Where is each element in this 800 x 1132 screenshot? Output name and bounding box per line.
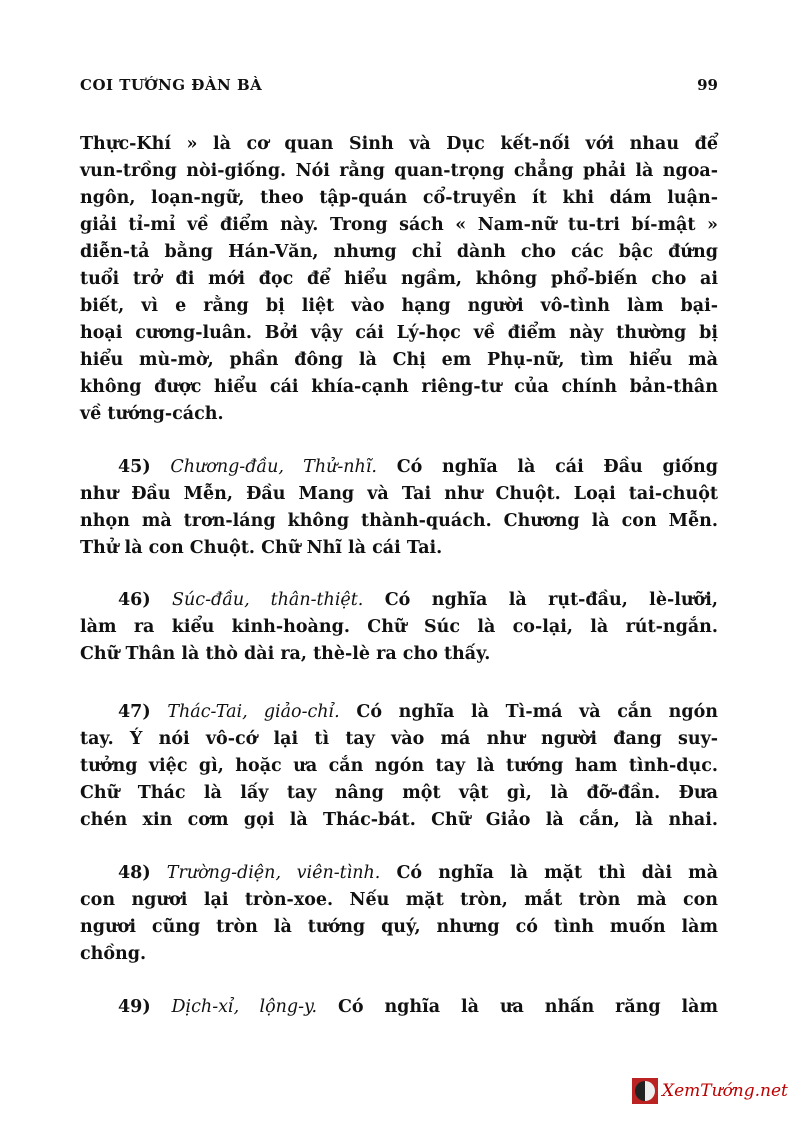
text-line: Thực-Khí » là cơ quan Sinh và Dục kết-nố… — [80, 133, 718, 155]
item-45-heading: 45) Chương-đầu, Thử-nhĩ. Có nghĩa là cái… — [80, 456, 718, 478]
item-number: 46) — [118, 590, 151, 610]
text-line: tưởng việc gì, hoặc ưa cắn ngón tay là t… — [80, 755, 718, 777]
item-number: 47) — [118, 702, 151, 722]
item-text: Có nghĩa là rụt-đầu, lè-lưỡi, — [385, 590, 718, 610]
item-47-heading: 47) Thác-Tai, giảo-chỉ. Có nghĩa là Tì-m… — [80, 701, 718, 723]
text-line: về tướng-cách. — [80, 403, 718, 425]
text-line: chén xin cơm gọi là Thác-bát. Chữ Giảo l… — [80, 809, 718, 831]
text-line: hoại cương-luân. Bởi vậy cái Lý-học về đ… — [80, 322, 718, 344]
text-line: hiểu mù-mờ, phần đông là Chị em Phụ-nữ, … — [80, 349, 718, 371]
item-term: Thác-Tai, giảo-chỉ. — [167, 702, 339, 722]
item-text: Có nghĩa là cái Đầu giống — [397, 457, 718, 477]
item-48-heading: 48) Trường-diện, viên-tình. Có nghĩa là … — [80, 862, 718, 884]
item-49-heading: 49) Dịch-xỉ, lộng-y. Có nghĩa là ưa nhấn… — [80, 996, 718, 1018]
watermark-text: XemTướng.net — [662, 1081, 788, 1101]
item-term: Chương-đầu, Thử-nhĩ. — [170, 457, 377, 477]
text-line: chồng. — [80, 943, 718, 965]
text-line: giải tỉ-mỉ về điểm này. Trong sách « Nam… — [80, 214, 718, 236]
text-line: tay. Ý nói vô-cớ lại tì tay vào má như n… — [80, 728, 718, 750]
text-line: con ngươi lại tròn-xoe. Nếu mặt tròn, mắ… — [80, 889, 718, 911]
watermark-logo: XemTướng.net — [632, 1078, 788, 1104]
item-term: Dịch-xỉ, lộng-y. — [172, 997, 318, 1017]
text-line: vun-trồng nòi-giống. Nói rằng quan-trọng… — [80, 160, 718, 182]
text-line: ngôn, loạn-ngữ, theo tập-quán cổ-truyền … — [80, 187, 718, 209]
item-text: Có nghĩa là ưa nhấn răng làm — [338, 997, 718, 1017]
yin-yang-icon — [632, 1078, 658, 1104]
item-number: 45) — [118, 457, 151, 477]
item-term: Trường-diện, viên-tình. — [167, 863, 381, 883]
text-line: biết, vì e rằng bị liệt vào hạng người v… — [80, 295, 718, 317]
text-line: diễn-tả bằng Hán-Văn, nhưng chỉ dành cho… — [80, 241, 718, 263]
page-number: 99 — [697, 76, 718, 94]
chapter-title: COI TƯỚNG ĐÀN BÀ — [80, 76, 262, 94]
item-number: 49) — [118, 997, 151, 1017]
item-text: Có nghĩa là Tì-má và cắn ngón — [356, 702, 718, 722]
text-line: ngươi cũng tròn là tướng quý, nhưng có t… — [80, 916, 718, 938]
text-line: nhọn mà trơn-láng không thành-quách. Chư… — [80, 510, 718, 532]
text-line: Chữ Thân là thò dài ra, thè-lè ra cho th… — [80, 643, 718, 665]
text-line: như Đầu Mễn, Đầu Mang và Tai như Chuột. … — [80, 483, 718, 505]
item-text: Có nghĩa là mặt thì dài mà — [397, 863, 719, 883]
text-line: Chữ Thác là lấy tay nâng một vật gì, là … — [80, 782, 718, 804]
text-line: tuổi trở đi mới đọc để hiểu ngầm, không … — [80, 268, 718, 290]
item-term: Súc-đầu, thân-thiệt. — [172, 590, 363, 610]
item-46-heading: 46) Súc-đầu, thân-thiệt. Có nghĩa là rụt… — [80, 589, 718, 611]
item-number: 48) — [118, 863, 151, 883]
text-line: Thử là con Chuột. Chữ Nhĩ là cái Tai. — [80, 537, 718, 559]
text-line: làm ra kiểu kinh-hoàng. Chữ Súc là co-lạ… — [80, 616, 718, 638]
text-line: không được hiểu cái khía-cạnh riêng-tư c… — [80, 376, 718, 398]
